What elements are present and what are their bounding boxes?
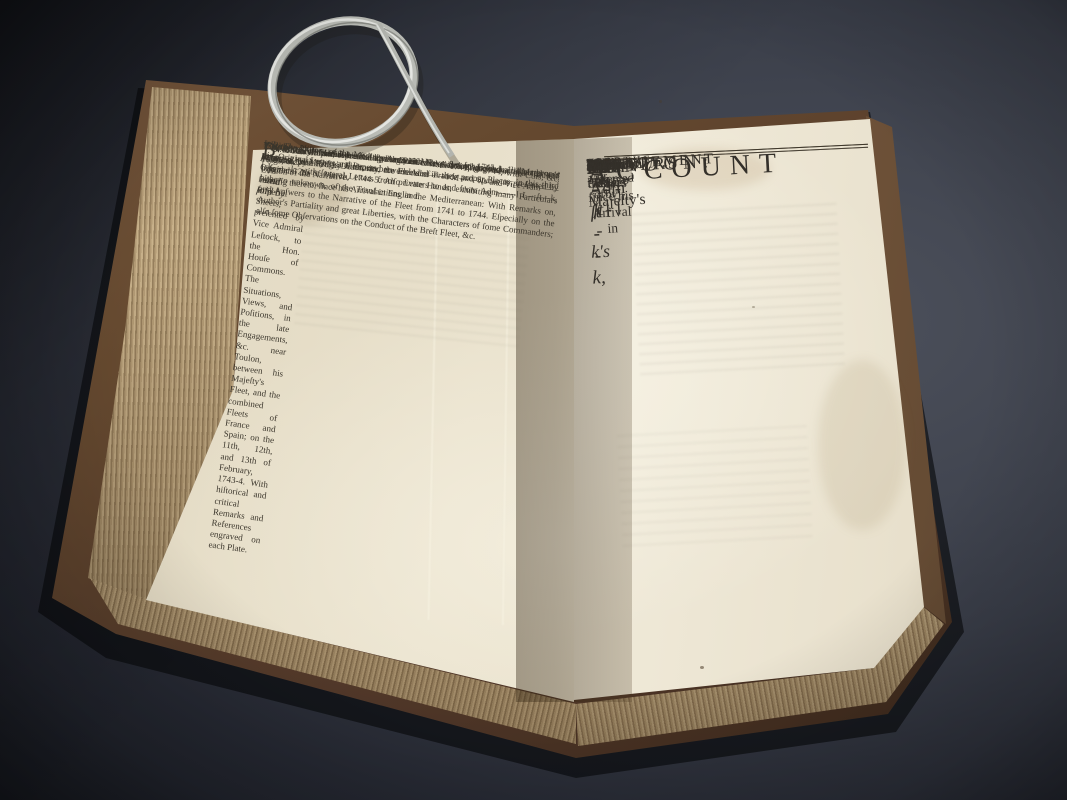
show-through-text xyxy=(632,203,846,383)
show-through-text xyxy=(617,425,813,555)
page-stain xyxy=(818,360,906,530)
foxing-speck xyxy=(752,306,755,308)
foxing-speck xyxy=(700,666,704,669)
photo-of-open-antique-book: ( 251 ) Books printed for and ſold by JO… xyxy=(0,0,1067,800)
wire-loop xyxy=(228,0,498,190)
foxing-speck xyxy=(659,100,662,103)
